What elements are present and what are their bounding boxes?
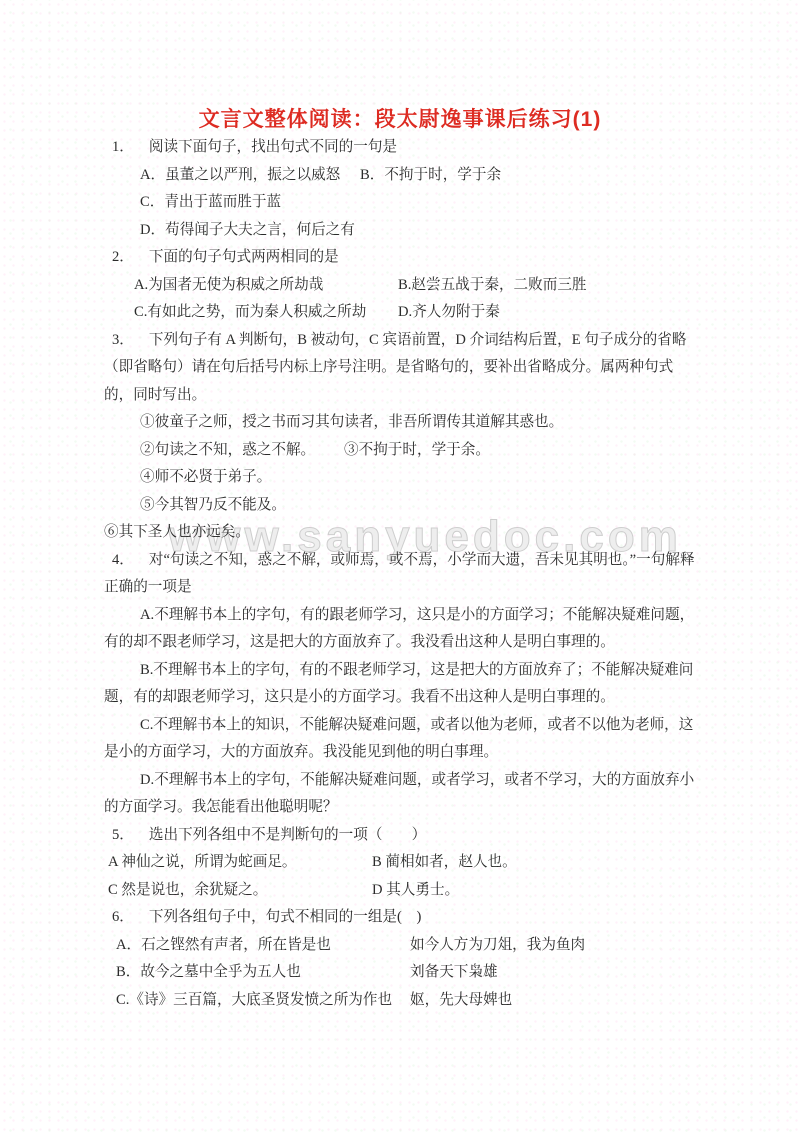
q5-option-d: D 其人勇士。	[372, 882, 459, 898]
q4-option-a: A.不理解书本上的字句，有的跟老师学习，这只是小的方面学习；不能解决疑难问题，有…	[104, 602, 701, 657]
q4-option-b: B.不理解书本上的字句，有的不跟老师学习，这是把大的方面放弃了；不能解决疑难问题…	[104, 657, 701, 712]
q1-option-a: A．虽董之以严刑，振之以威怒	[140, 162, 360, 190]
question-1-stem: 1．阅读下面句子，找出句式不同的一句是	[104, 134, 701, 162]
q6-option-a-right: 如今人方为刀俎，我为鱼肉	[410, 937, 585, 953]
question-6-stem: 6．下列各组句子中，句式不相同的一组是( )	[104, 904, 701, 932]
q3-item-row-2-3: ②句读之不知，惑之不解。③不拘于时，学于余。	[104, 437, 701, 465]
question-5-option-row-cd: C 然是说也，余犹疑之。D 其人勇士。	[104, 877, 701, 905]
question-6-option-row-b: B．故今之墓中全乎为五人也刘备天下枭雄	[104, 959, 701, 987]
q4-option-a-text: A.不理解书本上的字句，有的跟老师学习，这只是小的方面学习；不能解决疑难问题，有…	[104, 607, 694, 651]
question-3-text: 下列句子有 A 判断句，B 被动句，C 宾语前置，D 介词结构后置，E 句子成分…	[104, 332, 686, 403]
question-4-stem: 4．对“句读之不知，惑之不解，或师焉，或不焉，小学而大遗，吾未见其明也。”一句解…	[104, 547, 701, 602]
question-2-option-row-ab: A.为国者无使为积威之所劫哉B.赵尝五战于秦，二败而三胜	[104, 272, 701, 300]
question-2-option-row-cd: C.有如此之势，而为秦人积威之所劫D.齐人勿附于秦	[104, 299, 701, 327]
q3-item-3-text: ③不拘于时，学于余。	[344, 442, 490, 458]
question-5-option-row-ab: A 神仙之说，所谓为蛇画足。B 蔺相如者，赵人也。	[104, 849, 701, 877]
question-2-text: 下面的句子句式两两相同的是	[149, 249, 339, 265]
q2-option-b: B.赵尝五战于秦，二败而三胜	[398, 277, 587, 293]
question-6-number: 6．	[112, 909, 134, 925]
q4-option-c-text: C.不理解书本上的知识，不能解决疑难问题，或者以他为老师，或者不以他为老师，这是…	[104, 717, 693, 761]
question-4-text: 对“句读之不知，惑之不解，或师焉，或不焉，小学而大遗，吾未见其明也。”一句解释正…	[104, 552, 695, 596]
question-1-text: 阅读下面句子，找出句式不同的一句是	[149, 139, 397, 155]
q3-item-6: ⑥其下圣人也亦远矣。	[104, 519, 701, 547]
document-page: { "title": "文言文整体阅读：段太尉逸事课后练习(1)", "wate…	[0, 0, 800, 1132]
question-4-number: 4．	[112, 552, 134, 568]
question-1-number: 1．	[112, 139, 134, 155]
q2-option-d: D.齐人勿附于秦	[398, 304, 500, 320]
question-2-number: 2．	[112, 249, 134, 265]
q1-option-d: D．苟得闻子大夫之言，何后之有	[140, 222, 355, 238]
q6-option-c-left: C.《诗》三百篇，大底圣贤发愤之所为作也	[116, 987, 410, 1015]
question-5-number: 5．	[112, 827, 134, 843]
question-6-text: 下列各组句子中，句式不相同的一组是( )	[149, 909, 421, 925]
q6-option-b-left: B．故今之墓中全乎为五人也	[116, 959, 410, 987]
q3-item-5-text: ⑤今其智乃反不能及。	[140, 497, 286, 513]
question-5-stem: 5．选出下列各组中不是判断句的一项（ ）	[104, 822, 701, 850]
question-1-option-row-d: D．苟得闻子大夫之言，何后之有	[104, 217, 701, 245]
q4-option-d: D.不理解书本上的字句，不能解决疑难问题，或者学习，或者不学习，大的方面放弃小的…	[104, 767, 701, 822]
q4-option-c: C.不理解书本上的知识，不能解决疑难问题，或者以他为老师，或者不以他为老师，这是…	[104, 712, 701, 767]
question-6-option-row-c: C.《诗》三百篇，大底圣贤发愤之所为作也妪，先大母婢也	[104, 987, 701, 1015]
q3-item-1: ①彼童子之师，授之书而习其句读者，非吾所谓传其道解其惑也。	[104, 409, 701, 437]
question-3-number: 3．	[112, 332, 134, 348]
question-3-stem: 3．下列句子有 A 判断句，B 被动句，C 宾语前置，D 介词结构后置，E 句子…	[104, 327, 701, 410]
q3-item-6-text: ⑥其下圣人也亦远矣。	[104, 524, 250, 540]
q3-item-1-text: ①彼童子之师，授之书而习其句读者，非吾所谓传其道解其惑也。	[140, 414, 563, 430]
q5-option-c: C 然是说也，余犹疑之。	[108, 877, 372, 905]
q2-option-c: C.有如此之势，而为秦人积威之所劫	[134, 299, 398, 327]
question-1-option-row-c: C．青出于蓝而胜于蓝	[104, 189, 701, 217]
question-6-option-row-a: A．石之铿然有声者，所在皆是也如今人方为刀俎，我为鱼肉	[104, 932, 701, 960]
q6-option-b-right: 刘备天下枭雄	[410, 964, 498, 980]
q1-option-c: C．青出于蓝而胜于蓝	[140, 194, 281, 210]
document-body: 1．阅读下面句子，找出句式不同的一句是 A．虽董之以严刑，振之以威怒B．不拘于时…	[104, 134, 701, 1014]
q3-item-2-text: ②句读之不知，惑之不解。	[140, 437, 344, 465]
question-5-text: 选出下列各组中不是判断句的一项（ ）	[149, 827, 426, 843]
question-1-option-row-ab: A．虽董之以严刑，振之以威怒B．不拘于时，学于余	[104, 162, 701, 190]
q6-option-a-left: A．石之铿然有声者，所在皆是也	[116, 932, 410, 960]
q2-option-a: A.为国者无使为积威之所劫哉	[134, 272, 398, 300]
question-2-stem: 2．下面的句子句式两两相同的是	[104, 244, 701, 272]
q3-item-4-text: ④师不必贤于弟子。	[140, 469, 271, 485]
q5-option-a: A 神仙之说，所谓为蛇画足。	[108, 849, 372, 877]
q4-option-d-text: D.不理解书本上的字句，不能解决疑难问题，或者学习，或者不学习，大的方面放弃小的…	[104, 772, 694, 816]
q3-item-5: ⑤今其智乃反不能及。	[104, 492, 701, 520]
q1-option-b: B．不拘于时，学于余	[360, 167, 501, 183]
document-title: 文言文整体阅读：段太尉逸事课后练习(1)	[0, 103, 800, 133]
q6-option-c-right: 妪，先大母婢也	[410, 992, 512, 1008]
q4-option-b-text: B.不理解书本上的字句，有的不跟老师学习，这是把大的方面放弃了；不能解决疑难问题…	[104, 662, 693, 706]
q5-option-b: B 蔺相如者，赵人也。	[372, 854, 517, 870]
q3-item-4: ④师不必贤于弟子。	[104, 464, 701, 492]
